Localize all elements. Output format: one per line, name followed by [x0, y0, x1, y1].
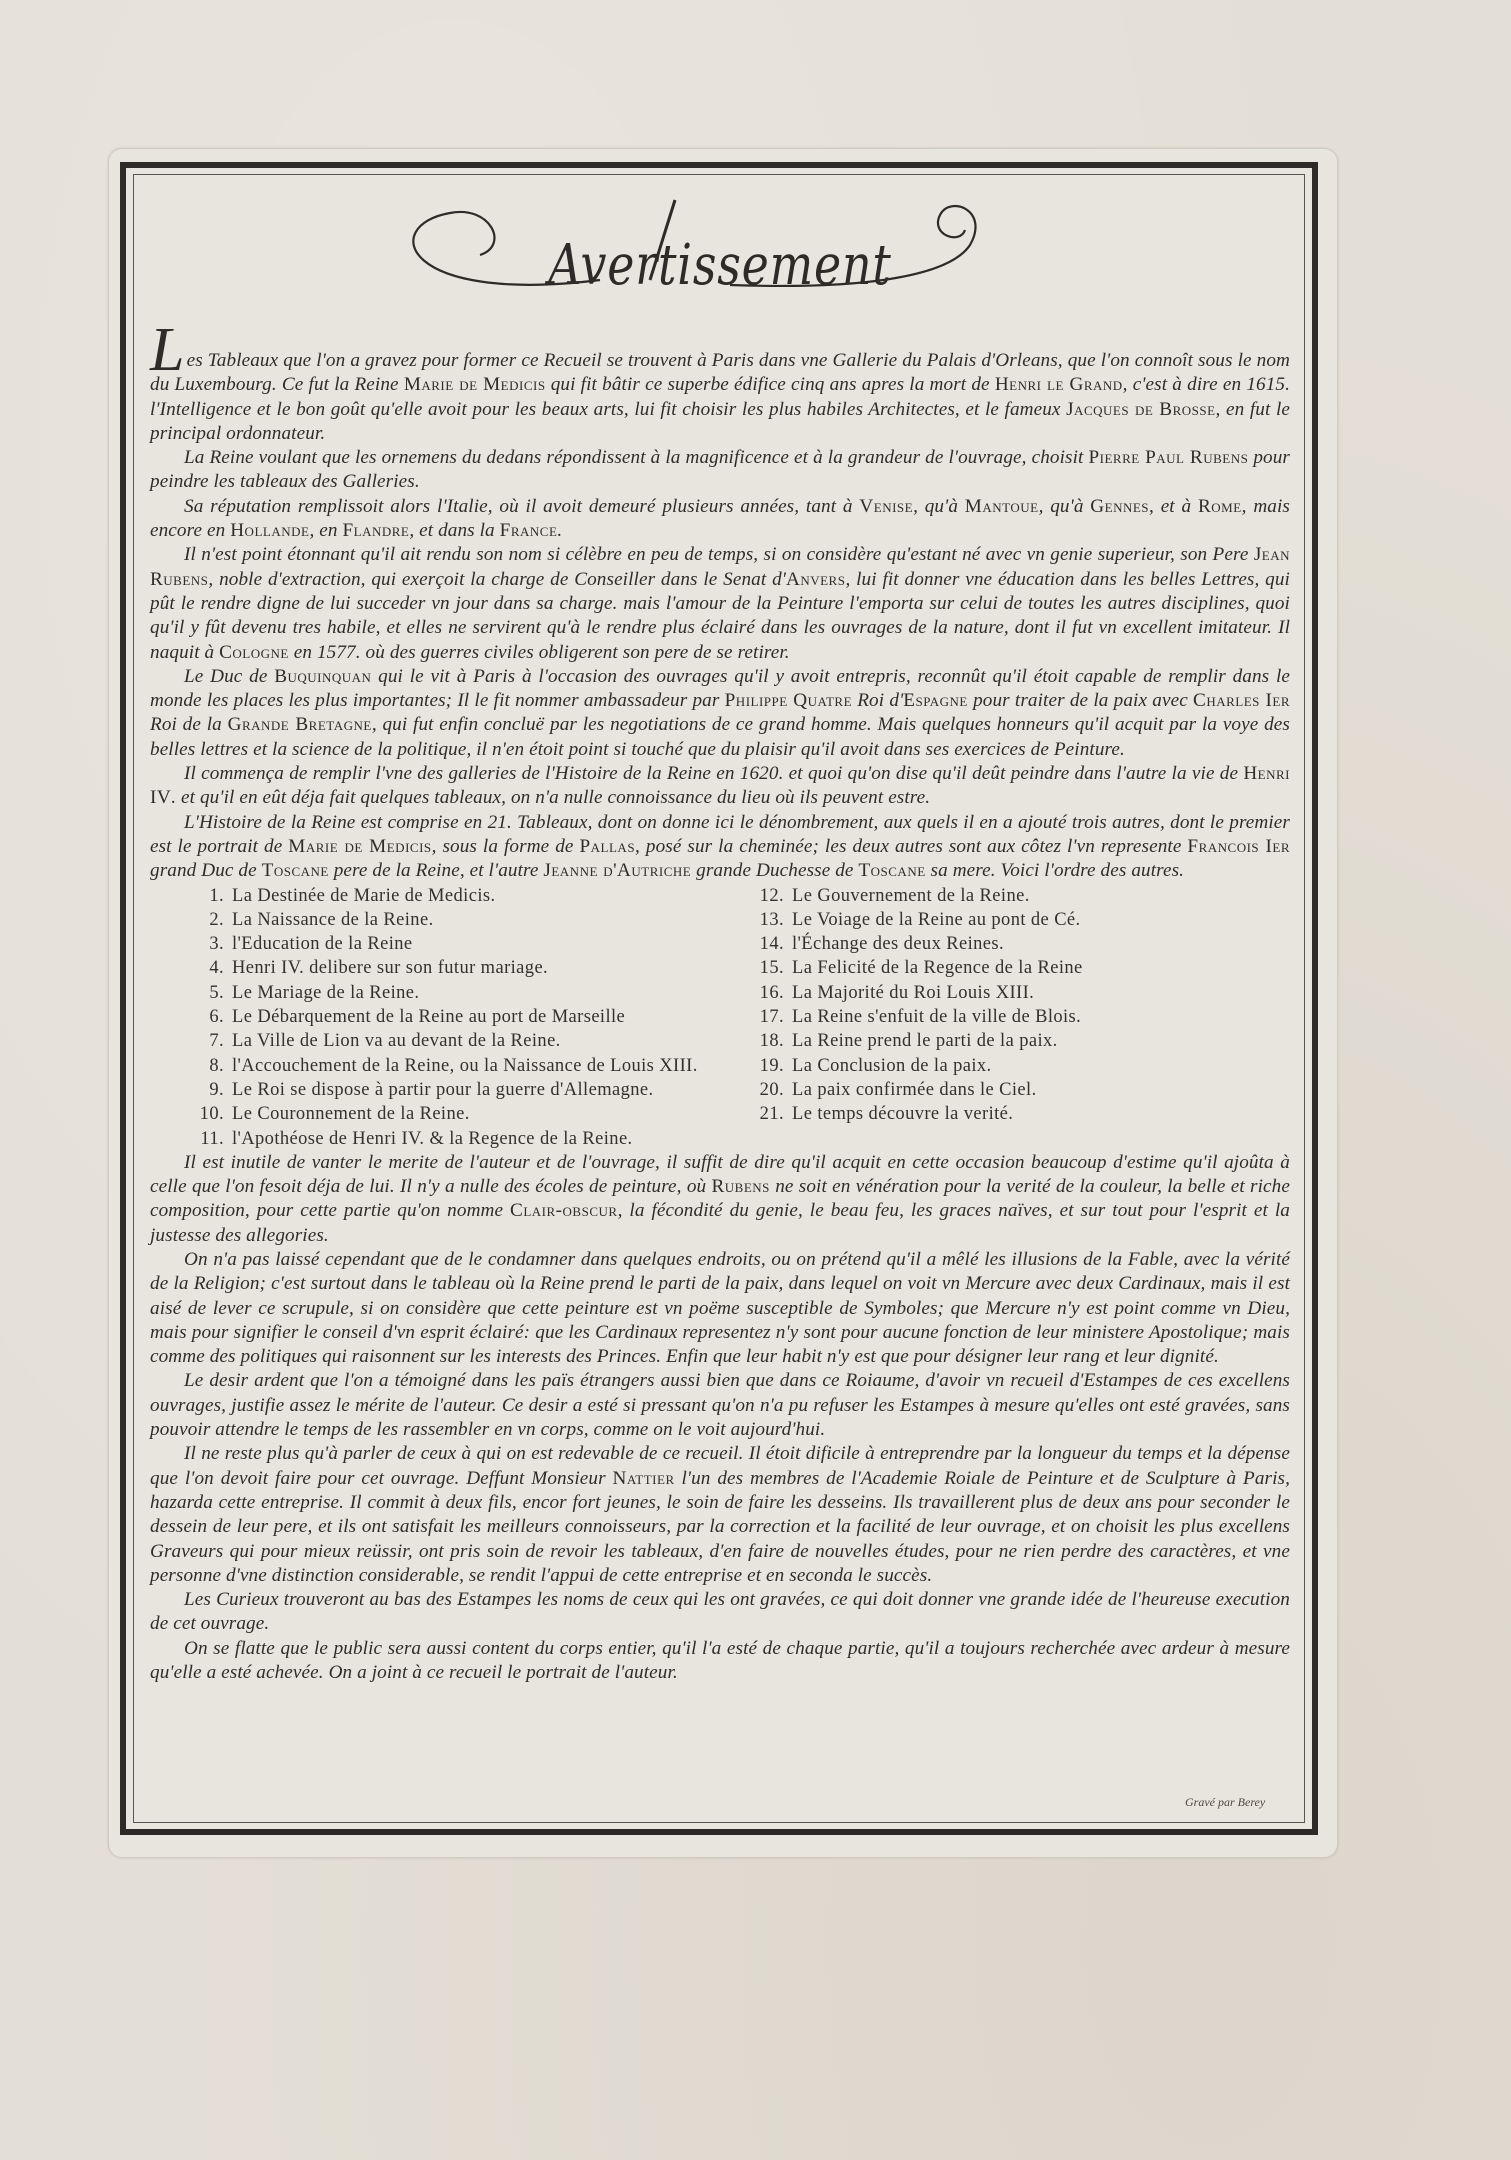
- tableau-list-item: 12.Le Gouvernement de la Reine.: [750, 884, 1290, 908]
- tableau-list-item: 4.Henri IV. delibere sur son futur maria…: [150, 956, 750, 980]
- tableau-number: 1.: [190, 884, 224, 908]
- closing-paragraph: On se flatte que le public sera aussi co…: [150, 1637, 1290, 1686]
- text-run: , sous la forme de: [432, 836, 580, 857]
- tableau-list-item: 21.Le temps découvre la verité.: [750, 1102, 1290, 1126]
- text-run: , et dans la: [409, 520, 499, 541]
- proper-name: France: [500, 520, 558, 541]
- tableau-list-item: 5.Le Mariage de la Reine.: [150, 981, 750, 1005]
- tableau-title: La paix confirmée dans le Ciel.: [792, 1078, 1037, 1102]
- text-run: Il n'est point étonnant qu'il ait rendu …: [184, 544, 1254, 565]
- proper-name: Jeanne d'Autriche: [543, 860, 691, 881]
- closing-paragraph: On n'a pas laissé cependant que de le co…: [150, 1248, 1290, 1369]
- tableau-title: l'Accouchement de la Reine, ou la Naissa…: [232, 1054, 698, 1078]
- text-run: La Reine voulant que les ornemens du ded…: [184, 447, 1088, 468]
- text-run: qui fit bâtir ce superbe édifice cinq an…: [546, 374, 995, 395]
- text-run: Le desir ardent que l'on a témoigné dans…: [150, 1370, 1290, 1440]
- tableau-title: La Naissance de la Reine.: [232, 908, 434, 932]
- tableau-title: Le Roi se dispose à partir pour la guerr…: [232, 1078, 654, 1102]
- proper-name: Anvers: [786, 569, 845, 590]
- text-run: On n'a pas laissé cependant que de le co…: [150, 1249, 1290, 1367]
- proper-name: Philippe Quatre: [725, 690, 852, 711]
- tableau-number: 19.: [750, 1054, 784, 1078]
- text-run: Il commença de remplir l'vne des galleri…: [184, 763, 1243, 784]
- text-run: grand Duc de: [150, 860, 262, 881]
- intro-paragraph: Il commença de remplir l'vne des galleri…: [150, 762, 1290, 811]
- tableau-number: 17.: [750, 1005, 784, 1029]
- proper-name: Buquinquan: [274, 666, 371, 687]
- tableau-title: La Majorité du Roi Louis XIII.: [792, 981, 1034, 1005]
- engraver-credit: Gravé par Berey: [1185, 1795, 1481, 1810]
- tableau-title: Le Mariage de la Reine.: [232, 981, 419, 1005]
- tableau-number: 21.: [750, 1102, 784, 1126]
- tableau-title: Le Débarquement de la Reine au port de M…: [232, 1005, 625, 1029]
- tableau-number: 6.: [190, 1005, 224, 1029]
- tableau-list-item: 11.l'Apothéose de Henri IV. & la Regence…: [150, 1127, 750, 1151]
- tableau-title: Le Gouvernement de la Reine.: [792, 884, 1030, 908]
- tableau-list-item: 10.Le Couronnement de la Reine.: [150, 1102, 750, 1126]
- proper-name: Cologne: [219, 642, 289, 663]
- intro-paragraph: La Reine voulant que les ornemens du ded…: [150, 446, 1290, 495]
- proper-name: Marie de Medicis: [288, 836, 431, 857]
- tableau-title: La Conclusion de la paix.: [792, 1054, 992, 1078]
- proper-name: Marie de Medicis: [404, 374, 546, 395]
- intro-text: Les Tableaux que l'on a gravez pour form…: [150, 335, 1290, 884]
- tableau-title: l'Échange des deux Reines.: [792, 932, 1004, 956]
- text-run: Sa réputation remplissoit alors l'Italie…: [184, 496, 859, 517]
- tableau-number: 8.: [190, 1054, 224, 1078]
- tableau-list-item: 16.La Majorité du Roi Louis XIII.: [750, 981, 1290, 1005]
- text-run: , qu'à: [913, 496, 965, 517]
- intro-paragraph: Le Duc de Buquinquan qui le vit à Paris …: [150, 665, 1290, 762]
- proper-name: Toscane: [262, 860, 329, 881]
- tableau-list-item: 7.La Ville de Lion va au devant de la Re…: [150, 1029, 750, 1053]
- proper-name: Mantoue: [965, 496, 1039, 517]
- proper-name: Nattier: [612, 1468, 674, 1489]
- text-run: , noble d'extraction, qui exerçoit la ch…: [208, 569, 786, 590]
- tableau-number: 7.: [190, 1029, 224, 1053]
- tableau-list-item: 18.La Reine prend le parti de la paix.: [750, 1029, 1290, 1053]
- proper-name: Gennes: [1090, 496, 1149, 517]
- proper-name: Venise: [859, 496, 913, 517]
- proper-name: Pallas: [579, 836, 635, 857]
- intro-paragraph: Sa réputation remplissoit alors l'Italie…: [150, 495, 1290, 544]
- tableau-title: l'Education de la Reine: [232, 932, 413, 956]
- tableau-number: 11.: [190, 1127, 224, 1151]
- tableau-title: Henri IV. delibere sur son futur mariage…: [232, 956, 548, 980]
- tableau-list-item: 14.l'Échange des deux Reines.: [750, 932, 1290, 956]
- tableau-title: l'Apothéose de Henri IV. & la Regence de…: [232, 1127, 633, 1151]
- page-title: Avertissement: [253, 233, 1188, 298]
- tableau-number: 14.: [750, 932, 784, 956]
- tableau-number: 4.: [190, 956, 224, 980]
- proper-name: Pierre Paul Rubens: [1088, 447, 1248, 468]
- tableau-list-item: 1.La Destinée de Marie de Medicis.: [150, 884, 750, 908]
- intro-paragraph: Il n'est point étonnant qu'il ait rendu …: [150, 543, 1290, 664]
- tableau-number: 18.: [750, 1029, 784, 1053]
- proper-name: Grande Bretagne: [228, 714, 372, 735]
- tableau-title: La Felicité de la Regence de la Reine: [792, 956, 1083, 980]
- tableau-title: La Ville de Lion va au devant de la Rein…: [232, 1029, 561, 1053]
- engraved-page: Avertissement Les Tableaux que l'on a gr…: [150, 185, 1290, 1685]
- text-run: , et à: [1149, 496, 1198, 517]
- title-block: Avertissement: [150, 185, 1290, 335]
- text-run: Le Duc de: [184, 666, 274, 687]
- text-run: .: [557, 520, 562, 541]
- tableau-list-item: 9.Le Roi se dispose à partir pour la gue…: [150, 1078, 750, 1102]
- tableau-number: 3.: [190, 932, 224, 956]
- tableau-list-item: 15.La Felicité de la Regence de la Reine: [750, 956, 1290, 980]
- proper-name: Rome: [1198, 496, 1242, 517]
- tableau-title: Le temps découvre la verité.: [792, 1102, 1013, 1126]
- tableau-number: 13.: [750, 908, 784, 932]
- text-run: On se flatte que le public sera aussi co…: [150, 1638, 1290, 1683]
- text-run: sa mere. Voici l'ordre des autres.: [926, 860, 1184, 881]
- tableau-title: Le Couronnement de la Reine.: [232, 1102, 470, 1126]
- proper-name: Charles Ier: [1193, 690, 1290, 711]
- proper-name: Toscane: [858, 860, 925, 881]
- closing-paragraph: Il ne reste plus qu'à parler de ceux à q…: [150, 1442, 1290, 1588]
- tableau-list-item: 17.La Reine s'enfuit de la ville de Bloi…: [750, 1005, 1290, 1029]
- closing-text: Il est inutile de vanter le merite de l'…: [150, 1151, 1290, 1686]
- tableaux-list: 1.La Destinée de Marie de Medicis.2.La N…: [150, 884, 1290, 1151]
- text-run: , en: [309, 520, 342, 541]
- tableau-list-item: 20.La paix confirmée dans le Ciel.: [750, 1078, 1290, 1102]
- proper-name: Jacques de Brosse: [1066, 399, 1215, 420]
- intro-paragraph: Les Tableaux que l'on a gravez pour form…: [150, 335, 1290, 446]
- text-run: . et qu'il en eût déja fait quelques tab…: [171, 787, 930, 808]
- tableau-number: 5.: [190, 981, 224, 1005]
- text-run: Roi de la: [150, 714, 228, 735]
- tableau-number: 16.: [750, 981, 784, 1005]
- proper-name: Flandre: [342, 520, 409, 541]
- proper-name: Rubens: [712, 1176, 770, 1197]
- proper-name: Hollande: [230, 520, 309, 541]
- intro-paragraph: L'Histoire de la Reine est comprise en 2…: [150, 811, 1290, 884]
- tableau-title: La Reine prend le parti de la paix.: [792, 1029, 1058, 1053]
- proper-name: Henri le Grand: [995, 374, 1123, 395]
- text-run: pour traiter de la paix avec: [968, 690, 1193, 711]
- text-run: en 1577. où des guerres civiles obligere…: [289, 642, 790, 663]
- tableau-number: 15.: [750, 956, 784, 980]
- tableau-number: 9.: [190, 1078, 224, 1102]
- tableau-number: 10.: [190, 1102, 224, 1126]
- tableau-list-item: 3.l'Education de la Reine: [150, 932, 750, 956]
- text-run: , posé sur la cheminée; les deux autres …: [635, 836, 1187, 857]
- proper-name: Francois Ier: [1187, 836, 1290, 857]
- closing-paragraph: Les Curieux trouveront au bas des Estamp…: [150, 1588, 1290, 1637]
- closing-paragraph: Le desir ardent que l'on a témoigné dans…: [150, 1369, 1290, 1442]
- tableau-title: La Destinée de Marie de Medicis.: [232, 884, 495, 908]
- tableau-list-item: 6.Le Débarquement de la Reine au port de…: [150, 1005, 750, 1029]
- tableau-number: 2.: [190, 908, 224, 932]
- tableau-list-item: 19.La Conclusion de la paix.: [750, 1054, 1290, 1078]
- tableau-number: 20.: [750, 1078, 784, 1102]
- tableau-list-item: 8.l'Accouchement de la Reine, ou la Nais…: [150, 1054, 750, 1078]
- closing-paragraph: Il est inutile de vanter le merite de l'…: [150, 1151, 1290, 1248]
- tableau-list-item: 13.Le Voiage de la Reine au pont de Cé.: [750, 908, 1290, 932]
- tableau-title: La Reine s'enfuit de la ville de Blois.: [792, 1005, 1081, 1029]
- text-run: , qu'à: [1039, 496, 1091, 517]
- text-run: grande Duchesse de: [691, 860, 858, 881]
- proper-name: Clair-obscur: [510, 1200, 618, 1221]
- text-run: pere de la Reine, et l'autre: [329, 860, 544, 881]
- tableau-list-item: 2.La Naissance de la Reine.: [150, 908, 750, 932]
- text-run: Les Curieux trouveront au bas des Estamp…: [150, 1589, 1290, 1634]
- proper-name: Espagne: [903, 690, 968, 711]
- tableau-title: Le Voiage de la Reine au pont de Cé.: [792, 908, 1081, 932]
- text-run: Roi d': [852, 690, 903, 711]
- tableau-number: 12.: [750, 884, 784, 908]
